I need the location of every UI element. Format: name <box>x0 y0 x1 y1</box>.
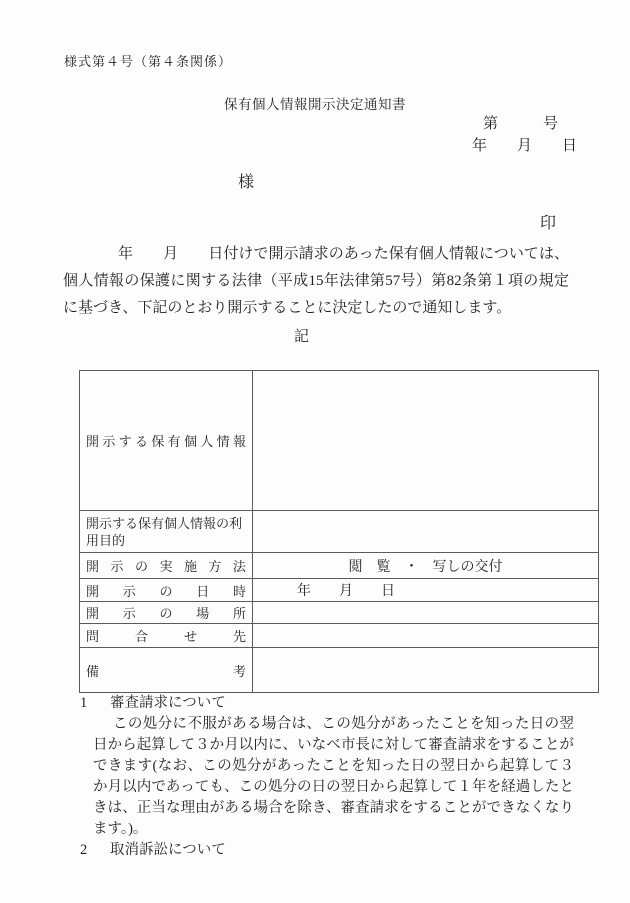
note-heading: 審査請求について <box>110 693 226 714</box>
note-number: 1 <box>80 693 110 714</box>
row-label: 開示する保有個人情報の利用目的 <box>86 515 246 549</box>
row-value: 閲 覧 ・ 写しの交付 <box>253 553 599 579</box>
table-row-disclosed-info: 開示する保有個人情報 <box>80 371 599 511</box>
row-label: 開示の実施方法 <box>86 556 246 575</box>
row-label: 開示する保有個人情報 <box>86 431 246 450</box>
table-row-disclosure-method: 開示の実施方法 閲 覧 ・ 写しの交付 <box>80 553 599 579</box>
document-page: 様式第４号（第４条関係） 保有個人情報開示決定通知書 第 号 年 月 日 様 印… <box>0 0 630 903</box>
issue-date-line: 年 月 日 <box>472 134 577 155</box>
table-row-remarks: 備考 <box>80 648 599 693</box>
row-label: 開示の日時 <box>86 581 246 600</box>
note-number: 2 <box>80 840 110 861</box>
form-number: 様式第４号（第４条関係） <box>64 51 232 70</box>
note-body: この処分に不服がある場合は、この処分があったことを知った日の翌日から起算して３か… <box>93 714 574 840</box>
disclosure-table: 開示する保有個人情報 開示する保有個人情報の利用目的 開示の実施方法 閲 覧 ・… <box>79 370 599 693</box>
note-appeal: 1 審査請求について この処分に不服がある場合は、この処分があったことを知った日… <box>80 693 574 840</box>
note-heading: 取消訴訟について <box>110 840 226 861</box>
addressee-honorific: 様 <box>238 169 254 192</box>
seal-mark: 印 <box>540 210 556 233</box>
row-label: 開示の場所 <box>86 603 246 622</box>
row-value <box>253 624 599 648</box>
body-paragraph: 年 月 日付けで開示請求のあった保有個人情報については、個人情報の保護に関する法… <box>63 241 569 322</box>
row-value <box>253 648 599 693</box>
table-row-contact: 問合せ先 <box>80 624 599 648</box>
record-marker: 記 <box>294 325 309 346</box>
table-row-disclosure-place: 開示の場所 <box>80 602 599 624</box>
row-value <box>253 602 599 624</box>
page-title: 保有個人情報開示決定通知書 <box>0 93 630 113</box>
doc-number-line: 第 号 <box>483 112 558 133</box>
table-row-disclosure-datetime: 開示の日時 年 月 日 <box>80 579 599 602</box>
row-label: 備考 <box>86 661 246 680</box>
footer-notes: 1 審査請求について この処分に不服がある場合は、この処分があったことを知った日… <box>80 693 574 861</box>
row-value <box>253 511 599 553</box>
row-label: 問合せ先 <box>86 626 246 645</box>
row-value <box>253 371 599 511</box>
table-row-usage-purpose: 開示する保有個人情報の利用目的 <box>80 511 599 553</box>
row-value: 年 月 日 <box>253 579 599 602</box>
note-revocation-suit: 2 取消訴訟について <box>80 840 574 861</box>
